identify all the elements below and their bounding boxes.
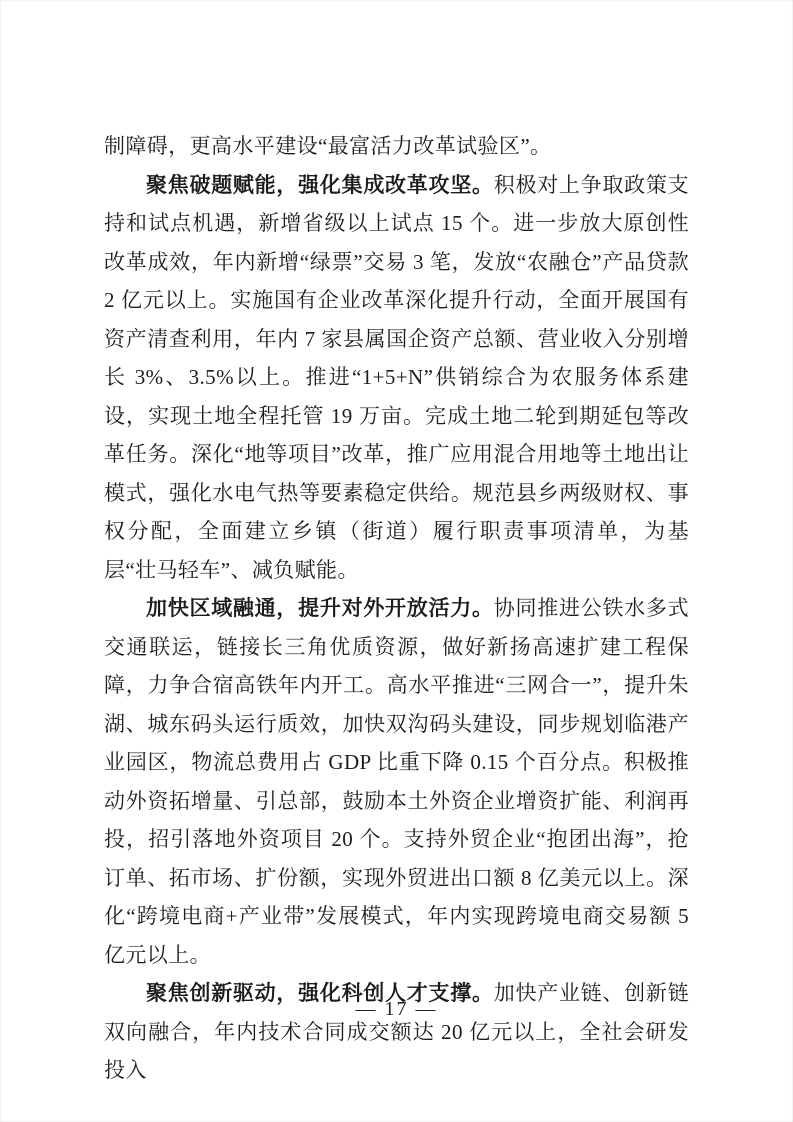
paragraph-regional-opening: 加快区域融通，提升对外开放活力。协同推进公铁水多式交通联运，链接长三角优质资源，… — [104, 589, 689, 974]
page-number-text: — 17 — — [356, 998, 438, 1020]
paragraph-bold-lead: 聚焦破题赋能，强化集成改革攻坚。 — [146, 173, 494, 197]
paragraph-text: 积极对上争取政策支持和试点机遇，新增省级以上试点 15 个。进一步放大原创性改革… — [104, 173, 689, 582]
document-body: 制障碍，更高水平建设“最富活力改革试验区”。 聚焦破题赋能，强化集成改革攻坚。积… — [104, 127, 689, 1090]
document-page: 制障碍，更高水平建设“最富活力改革试验区”。 聚焦破题赋能，强化集成改革攻坚。积… — [0, 0, 793, 1122]
paragraph-innovation: 聚焦创新驱动，强化科创人才支撑。加快产业链、创新链双向融合，年内技术合同成交额达… — [104, 974, 689, 1090]
paragraph-text: 协同推进公铁水多式交通联运，链接长三角优质资源，做好新扬高速扩建工程保障，力争合… — [104, 596, 689, 967]
paragraph-continuation: 制障碍，更高水平建设“最富活力改革试验区”。 — [104, 127, 689, 166]
paragraph-text: 制障碍，更高水平建设“最富活力改革试验区”。 — [104, 134, 551, 158]
paragraph-reform: 聚焦破题赋能，强化集成改革攻坚。积极对上争取政策支持和试点机遇，新增省级以上试点… — [104, 166, 689, 590]
paragraph-bold-lead: 加快区域融通，提升对外开放活力。 — [146, 596, 494, 620]
page-number: — 17 — — [0, 998, 793, 1021]
